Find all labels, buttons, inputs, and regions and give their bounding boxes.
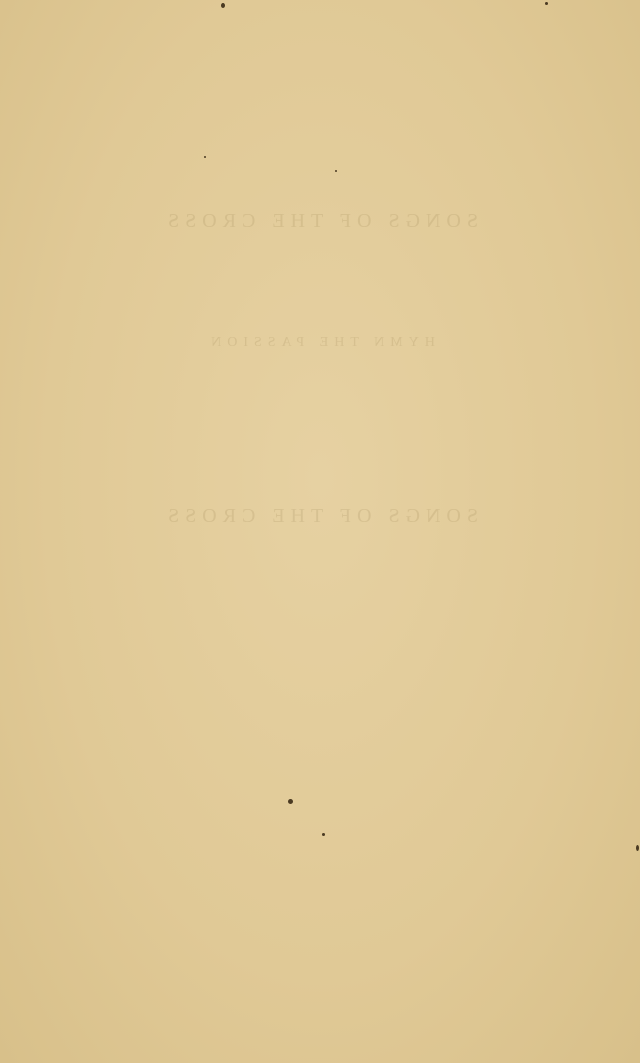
bleed-through-heading-2: SONGS OF THE CROSS (0, 505, 640, 528)
paper-speck (545, 2, 548, 5)
paper-speck (322, 833, 325, 836)
paper-speck (288, 799, 293, 804)
blank-book-page: SONGS OF THE CROSS HYMN THE PASSION SONG… (0, 0, 640, 1063)
paper-speck (335, 170, 337, 172)
paper-speck (636, 845, 639, 851)
paper-speck (221, 3, 225, 8)
bleed-through-subheading: HYMN THE PASSION (0, 335, 640, 351)
paper-speck (204, 156, 206, 158)
bleed-through-heading: SONGS OF THE CROSS (0, 210, 640, 233)
